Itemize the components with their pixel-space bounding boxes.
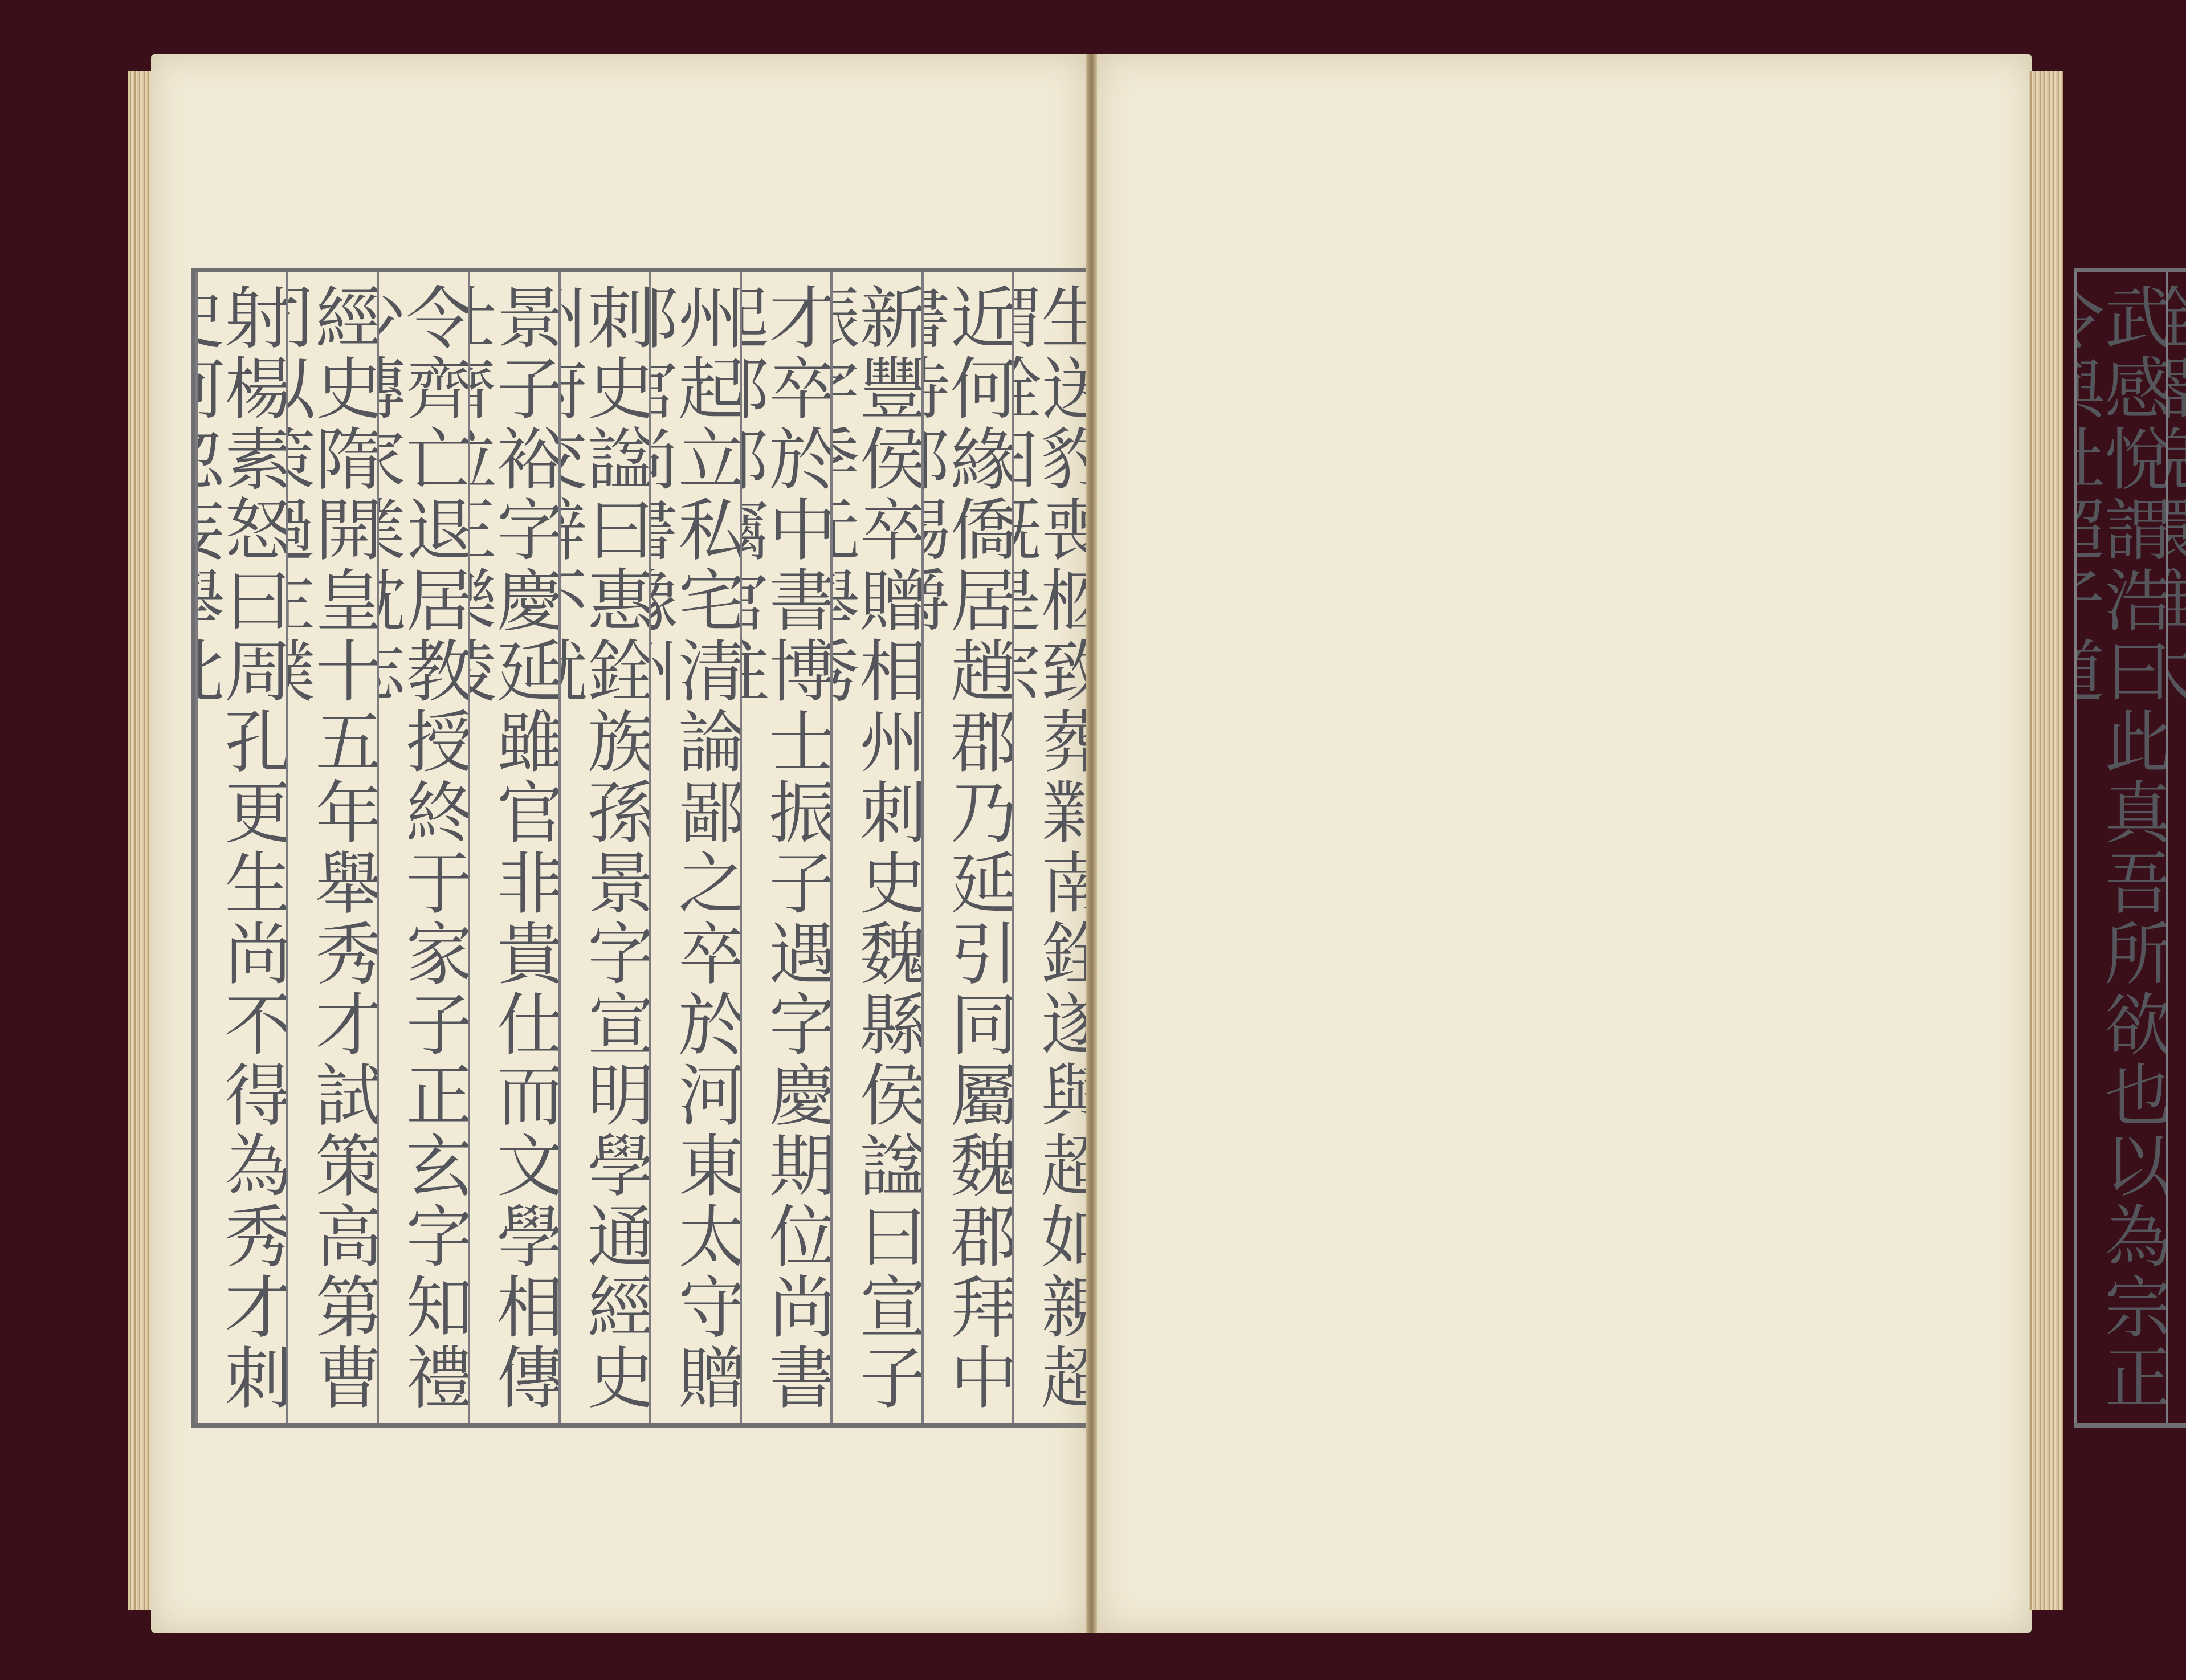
book-gutter: [1086, 54, 1097, 1633]
open-book: 生送豹喪柩致葬鄴南銓遂與超如親超謂銓曰既是宗近何緣僑居趙郡乃延引同屬魏郡拜中書侍…: [128, 54, 2060, 1633]
text-column: 令齊亡退居教授終于家子正玄字知禮少傳家業耽志: [377, 272, 467, 1423]
text-column: 射楊素怒曰周孔更生尚不得為秀才刺史何忽妄舉此: [195, 272, 286, 1423]
text-column: 刺史諡曰惠銓族孫景字宣明學通經史州府交辟不就: [558, 272, 649, 1423]
page-stack-left: [128, 71, 154, 1610]
text-column: 武感悅謂浩曰此真吾所欲也以為宗正令與杜超子道: [2074, 272, 2166, 1423]
text-column: 經史隋開皇十五年舉秀才試策高第曹司以策過左僕: [286, 272, 377, 1423]
text-column: 才卒於中書博士振子遇字慶期位尚書起部郎竊官柱: [740, 272, 830, 1423]
right-text-columns: 諡曰宣長子鴻字道衍頗有幹用累遷中書舍人天平三年坐漏泄賜死於家杜銓字士衡京兆人晉征…: [2074, 272, 2186, 1423]
page-stack-right: [2029, 71, 2063, 1610]
text-column: 州起立私宅清論鄙之卒於河東太守贈都官尚書豫州: [649, 272, 740, 1423]
text-column: 近何緣僑居趙郡乃延引同屬魏郡拜中書侍郎賜爵: [921, 272, 1012, 1423]
text-column: 景子裕字慶延雖官非貴仕而文學相傳仕齊位正樂陵: [468, 272, 558, 1423]
left-page: 生送豹喪柩致葬鄴南銓遂與超如親超謂銓曰既是宗近何緣僑居趙郡乃延引同屬魏郡拜中書侍…: [151, 54, 1086, 1633]
left-page-frame: 生送豹喪柩致葬鄴南銓遂與超如親超謂銓曰既是宗近何緣僑居趙郡乃延引同屬魏郡拜中書侍…: [191, 268, 1103, 1428]
right-page: 諡曰宣長子鴻字道衍頗有幹用累遷中書舍人天平三年坐漏泄賜死於家杜銓字士衡京兆人晉征…: [1097, 54, 2032, 1633]
left-text-columns: 生送豹喪柩致葬鄴南銓遂與超如親超謂銓曰既是宗近何緣僑居趙郡乃延引同屬魏郡拜中書侍…: [195, 272, 1103, 1423]
text-column: 新豐侯卒贈相州刺史魏縣侯諡曰宣子振字季元舉秀: [830, 272, 921, 1423]
right-page-frame: 諡曰宣長子鴻字道衍頗有幹用累遷中書舍人天平三年坐漏泄賜死於家杜銓字士衡京兆人晉征…: [2074, 268, 2186, 1428]
text-column: 在趙郡是杜預後於今為諸杜最密召見銓器貌環雅太: [2166, 272, 2186, 1423]
